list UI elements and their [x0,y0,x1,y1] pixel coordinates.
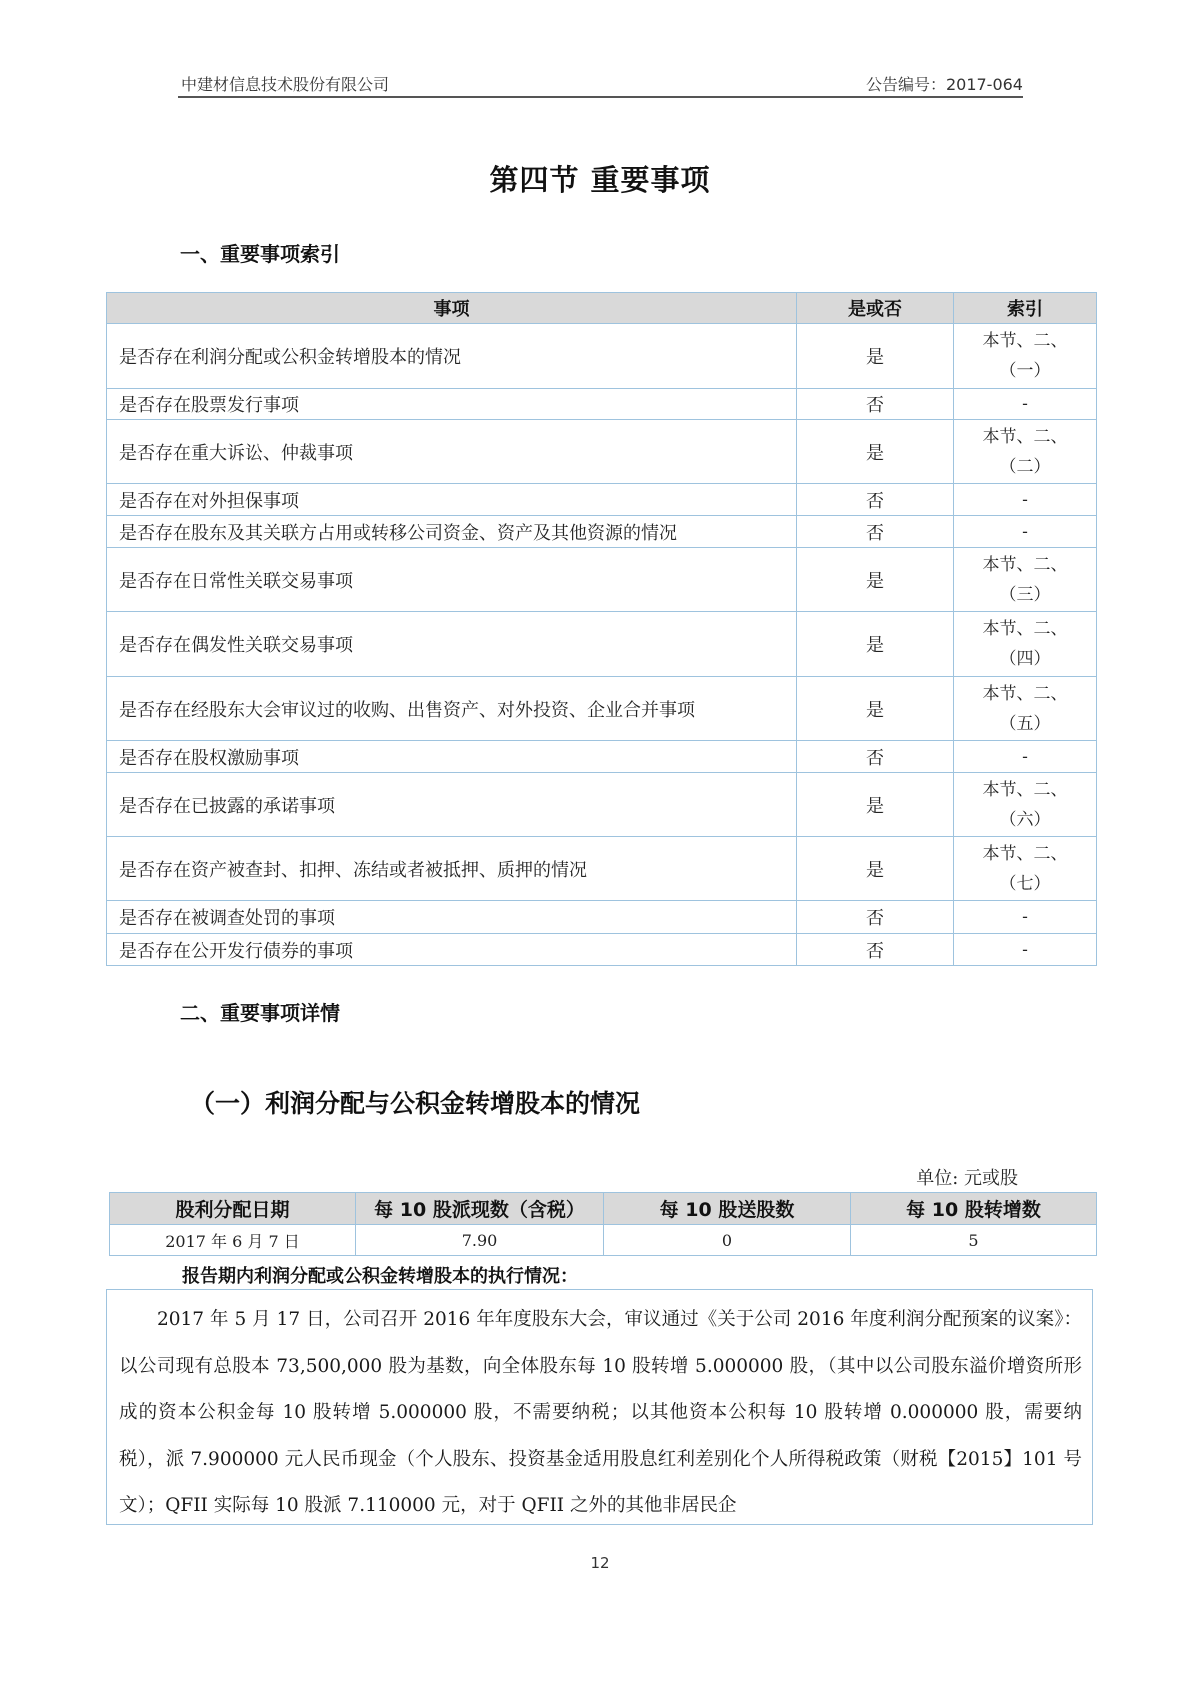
matter-yes-no: 否 [797,484,954,516]
matter-index-line2: （六） [954,805,1096,835]
matter-yes-no: 是 [797,773,954,837]
table-row: 是否存在股票发行事项否- [107,389,1097,420]
matter-index-line1: - [954,742,1096,772]
matter-index: - [954,934,1097,966]
execution-heading: 报告期内利润分配或公积金转增股本的执行情况： [182,1262,578,1288]
matter-yes-no: 否 [797,934,954,966]
col-header-index: 索引 [954,293,1097,324]
cash-per-10: 7.90 [356,1225,604,1256]
col-header-cash-per-10: 每 10 股派现数（含税） [356,1193,604,1225]
section2-heading: 二、重要事项详情 [180,997,340,1026]
bonus-shares-per-10: 0 [604,1225,851,1256]
matter-index: 本节、二、（四） [954,612,1097,677]
matter-item: 是否存在经股东大会审议过的收购、出售资产、对外投资、企业合并事项 [107,677,797,741]
matter-index-line1: 本节、二、 [954,839,1096,869]
conversion-per-10: 5 [851,1225,1097,1256]
matter-index-line2: （一） [954,356,1096,386]
matter-index: 本节、二、（二） [954,420,1097,484]
table-row: 是否存在资产被查封、扣押、冻结或者被抵押、质押的情况是本节、二、（七） [107,837,1097,901]
matter-index: - [954,516,1097,548]
matter-index-line1: - [954,517,1096,547]
page-title: 第四节 重要事项 [0,158,1200,199]
col-header-dividend-date: 股利分配日期 [110,1193,356,1225]
table-row: 2017 年 6 月 7 日 7.90 0 5 [110,1225,1097,1256]
matter-yes-no: 是 [797,677,954,741]
table-row: 是否存在被调查处罚的事项否- [107,901,1097,934]
matter-index: - [954,901,1097,934]
table-row: 是否存在股东及其关联方占用或转移公司资金、资产及其他资源的情况否- [107,516,1097,548]
matter-index-line1: 本节、二、 [954,775,1096,805]
matter-index: 本节、二、（六） [954,773,1097,837]
matter-index-line1: - [954,902,1096,932]
matter-index-line1: 本节、二、 [954,422,1096,452]
matter-index: 本节、二、（七） [954,837,1097,901]
section1-heading: 一、重要事项索引 [180,238,340,267]
matter-index-line1: 本节、二、 [954,550,1096,580]
matter-yes-no: 是 [797,420,954,484]
matter-index-line2: （三） [954,580,1096,610]
dividend-table: 股利分配日期 每 10 股派现数（含税） 每 10 股送股数 每 10 股转增数… [109,1192,1097,1256]
matter-item: 是否存在利润分配或公积金转增股本的情况 [107,324,797,389]
matter-yes-no: 是 [797,548,954,612]
page-number: 12 [0,1554,1200,1572]
header-company: 中建材信息技术股份有限公司 [181,72,389,95]
matter-item: 是否存在重大诉讼、仲裁事项 [107,420,797,484]
table-row: 是否存在已披露的承诺事项是本节、二、（六） [107,773,1097,837]
table-row: 是否存在利润分配或公积金转增股本的情况是本节、二、（一） [107,324,1097,389]
table-row: 是否存在股权激励事项否- [107,741,1097,773]
matter-item: 是否存在股票发行事项 [107,389,797,420]
matter-index: 本节、二、（五） [954,677,1097,741]
matter-index-line1: - [954,935,1096,965]
matter-item: 是否存在对外担保事项 [107,484,797,516]
header-divider [178,96,1023,98]
matter-item: 是否存在股东及其关联方占用或转移公司资金、资产及其他资源的情况 [107,516,797,548]
table-row: 是否存在重大诉讼、仲裁事项是本节、二、（二） [107,420,1097,484]
col-header-bonus-shares-per-10: 每 10 股送股数 [604,1193,851,1225]
matters-index-table: 事项 是或否 索引 是否存在利润分配或公积金转增股本的情况是本节、二、（一）是否… [106,292,1097,966]
matter-index-line1: - [954,389,1096,419]
table-row: 是否存在偶发性关联交易事项是本节、二、（四） [107,612,1097,677]
matter-index: - [954,484,1097,516]
matter-index-line1: - [954,485,1096,515]
unit-label: 单位: 元或股 [916,1164,1018,1190]
col-header-yes-no: 是或否 [797,293,954,324]
matter-index-line1: 本节、二、 [954,326,1096,356]
matter-item: 是否存在已披露的承诺事项 [107,773,797,837]
matter-yes-no: 是 [797,612,954,677]
matter-index-line1: 本节、二、 [954,614,1096,644]
header-announcement-no: 公告编号：2017-064 [866,72,1023,95]
table-row: 是否存在经股东大会审议过的收购、出售资产、对外投资、企业合并事项是本节、二、（五… [107,677,1097,741]
subsection-1-heading: （一）利润分配与公积金转增股本的情况 [190,1084,640,1120]
matter-item: 是否存在被调查处罚的事项 [107,901,797,934]
dividend-date: 2017 年 6 月 7 日 [110,1225,356,1256]
execution-text-box: 2017 年 5 月 17 日，公司召开 2016 年年度股东大会，审议通过《关… [106,1289,1093,1525]
table-row: 是否存在日常性关联交易事项是本节、二、（三） [107,548,1097,612]
matter-item: 是否存在偶发性关联交易事项 [107,612,797,677]
matter-yes-no: 否 [797,389,954,420]
matter-yes-no: 否 [797,516,954,548]
col-header-conversion-per-10: 每 10 股转增数 [851,1193,1097,1225]
matter-yes-no: 是 [797,324,954,389]
matter-item: 是否存在资产被查封、扣押、冻结或者被抵押、质押的情况 [107,837,797,901]
matter-item: 是否存在公开发行债券的事项 [107,934,797,966]
table-row: 是否存在对外担保事项否- [107,484,1097,516]
matter-yes-no: 否 [797,901,954,934]
col-header-item: 事项 [107,293,797,324]
matter-yes-no: 否 [797,741,954,773]
matter-index-line2: （五） [954,709,1096,739]
matter-index: 本节、二、（三） [954,548,1097,612]
matter-index-line2: （四） [954,644,1096,674]
matter-item: 是否存在日常性关联交易事项 [107,548,797,612]
matter-item: 是否存在股权激励事项 [107,741,797,773]
table-row: 是否存在公开发行债券的事项否- [107,934,1097,966]
matter-index-line1: 本节、二、 [954,679,1096,709]
matter-index: 本节、二、（一） [954,324,1097,389]
matter-yes-no: 是 [797,837,954,901]
matter-index: - [954,741,1097,773]
execution-paragraph: 2017 年 5 月 17 日，公司召开 2016 年年度股东大会，审议通过《关… [119,1309,1082,1516]
matter-index: - [954,389,1097,420]
matter-index-line2: （二） [954,452,1096,482]
matter-index-line2: （七） [954,869,1096,899]
